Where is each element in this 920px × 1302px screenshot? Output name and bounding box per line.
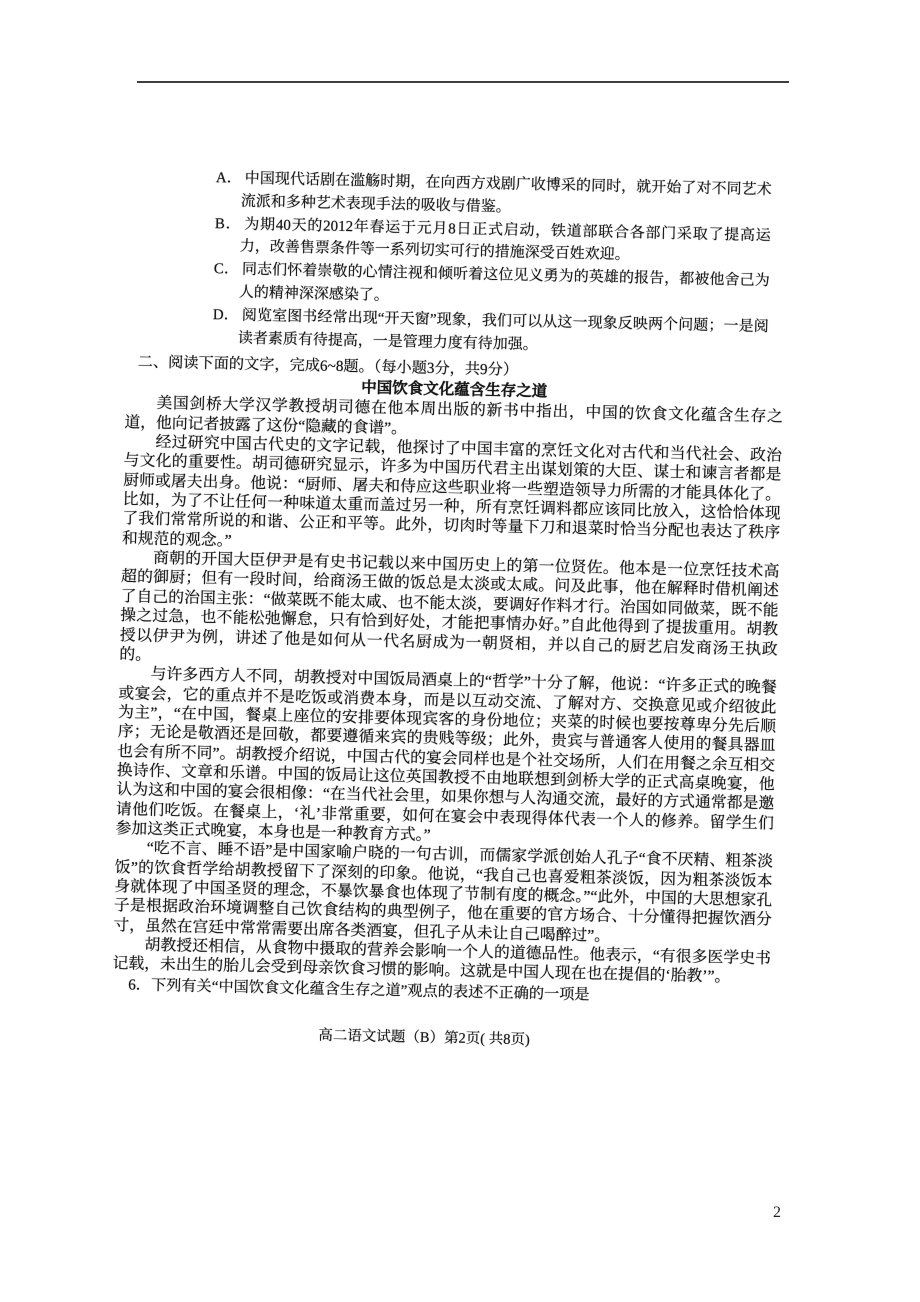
article-paragraph-5: “吃不言、睡不语”是中国家喻户晓的一句古训，而儒家学派创始人孔子“食不厌精、粗茶… <box>113 838 773 949</box>
option-d-label: D． <box>213 307 239 324</box>
page-number: 2 <box>773 1204 781 1222</box>
scanned-exam-content: A．中国现代话剧在滥觞时期，在向西方戏剧广收博采的同时，就开始了对不同艺术流派和… <box>111 165 788 1054</box>
question5-options: A．中国现代话剧在滥觞时期，在向西方戏剧广收博采的同时，就开始了对不同艺术流派和… <box>212 167 772 361</box>
option-a-label: A． <box>216 170 242 187</box>
option-a-text: 中国现代话剧在滥觞时期，在向西方戏剧广收博采的同时，就开始了对不同艺术流派和多种… <box>241 171 772 216</box>
option-b-label: B． <box>215 216 242 233</box>
header-divider-line <box>137 81 789 83</box>
article-paragraph-3: 商朝的开国大臣伊尹是有史书记载以来中国历史上的第一位贤佐。他本是一位烹饪技术高超… <box>119 548 779 678</box>
page-footer: 高二语文试题（B）第2页( 共8页) <box>95 1018 753 1053</box>
option-c-label: C． <box>214 261 240 278</box>
option-d-text: 阅览室图书经常出现“开天窗”现象，我们可以从这一现象反映两个问题；一是阅读者素质… <box>238 308 769 353</box>
option-c-text: 同志们怀着崇敬的心情注视和倾听着这位见义勇为的英雄的报告，都被他舍己为人的精神深… <box>239 262 770 304</box>
option-b-text: 为期40天的2012年春运于元月8日正式启动，铁道部联合各部门采取了提高运力，改… <box>240 216 771 263</box>
article-paragraph-4: 与许多西方人不同，胡教授对中国饭局酒桌上的“哲学”十分了解，他说：“许多正式的晚… <box>115 664 777 852</box>
exam-page: A．中国现代话剧在滥觞时期，在向西方戏剧广收博采的同时，就开始了对不同艺术流派和… <box>0 0 920 1302</box>
article-paragraph-2: 经过研究中国古代史的文字记载，他探讨了中国丰富的烹饪文化对古代和当代社会、政治与… <box>122 432 782 562</box>
